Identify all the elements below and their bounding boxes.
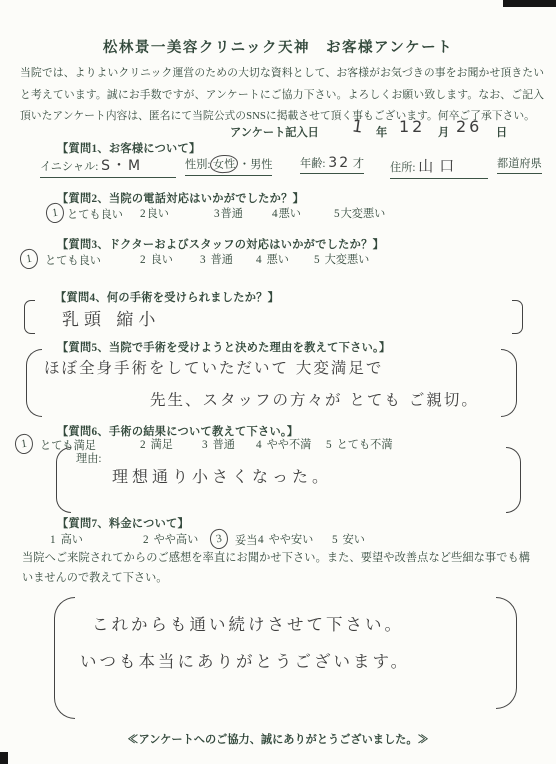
q3-options-row: 1とても良い 2良い 3普通 4悪い 5大変悪い [0,251,556,273]
q3-option-1: 1とても良い [20,251,101,271]
q1-address-label: 住所: [390,162,415,174]
comments-paren-right [496,597,517,709]
q1-gender-label: 性別: [185,159,210,171]
q3-option-5: 5大変悪い [314,251,369,267]
date-day-unit: 日 [496,124,507,140]
q1-address-field: 住所: 山口 [390,155,488,179]
q7-header: 【質問7、料金について】 [57,515,189,531]
date-label: アンケート記入日 [230,124,319,140]
q6-option-4: 4やや不満 [256,436,311,452]
q1-initial-field: イニシャル: S・M [40,155,176,178]
q6-option-3: 3普通 [202,436,235,452]
q2-selected-circle: 1 [45,202,66,224]
q5-header: 【質問5、当院で手術を受けようと決めた理由を教えて下さい。】 [57,339,390,355]
footer-text: ≪アンケートへのご協力、誠にありがとうございました。≫ [0,731,556,747]
comments-paren-left [54,597,75,719]
q1-gender-separator: ・ [239,159,250,171]
questionnaire-sheet: 松林景一美容クリニック天神 お客様アンケート 当院では、よりよいクリニック運営の… [0,0,556,764]
q3-option-4: 4悪い [256,251,289,267]
q1-address-unit: 都道府県 [497,158,542,170]
date-year-unit: 年 [376,124,387,140]
q1-initial-label: イニシャル: [40,161,98,173]
q2-header: 【質問2、当院の電話対応はいかがでしたか？】 [57,190,304,206]
q4-bracket-right [512,300,523,334]
q5-paren-right [501,349,517,417]
q6-option-2: 2満足 [140,436,173,452]
q7-option-2: 2やや高い [143,531,198,547]
scan-artifact-bottom-left [0,752,8,764]
date-year-value: 1 [351,116,365,137]
q6-reason-handwriting: 理想通り小さくなった。 [112,464,332,487]
q6-selected-circle: 1 [14,433,35,455]
q3-selected-circle: 1 [19,248,40,270]
q6-reason-paren-right [506,447,521,513]
comments-prompt: 当院へご来院されてからのご感想を率直にお聞かせ下さい。また、要望や改善点など些細… [22,548,530,588]
q1-age-field: 年齢: 32 才 [300,155,364,174]
q1-age-value: 32 [328,155,350,171]
q2-option-1: 1とても良い [46,205,123,225]
q3-option-3: 3普通 [200,251,233,267]
q4-answer-handwriting: 乳頭 縮小 [62,305,160,330]
q1-address-value: 山口 [418,157,460,175]
q2-options-row: 1とても良い 2良い 3普通 4悪い 5大変悪い [0,205,556,227]
scan-artifact-top-right [503,0,556,7]
q4-bracket-left [24,300,35,334]
q2-option-4: 4悪い [272,205,301,221]
page-title: 松林景一美容クリニック天神 お客様アンケート [0,36,556,57]
q1-gender-male: 男性 [250,159,272,171]
q3-header: 【質問3、ドクターおよびスタッフの対応はいかがでしたか？】 [57,236,384,252]
q7-selected-circle: 3 [209,528,230,550]
q5-answer-line1: ほぼ全身手術をしていただいて 大変満足で [44,356,383,378]
q7-option-1: 1高い [50,531,83,547]
q5-answer-line2: 先生、スタッフの方々が とても ご親切。 [150,388,479,410]
date-day-value: 26 [456,117,482,136]
q1-header: 【質問1、お客様について】 [57,140,201,156]
q1-address-unit-field: 都道府県 [497,155,542,174]
q1-initial-value: S・M [101,158,142,174]
date-month-unit: 月 [438,124,449,140]
date-month-value: 12 [399,117,425,136]
q2-option-3: 3普通 [214,205,243,221]
q4-header: 【質問4、何の手術を受けられましたか？】 [55,289,279,305]
q1-gender-field: 性別:女性・男性 [185,155,272,176]
q1-age-unit: 才 [353,158,364,170]
q1-gender-female-circled: 女性 [210,154,240,174]
q3-option-2: 2良い [140,251,173,267]
comments-answer-line2: いつも本当にありがとうございます。 [80,648,410,672]
q2-option-2: 2良い [140,205,169,221]
q6-option-5: 5とても不満 [326,436,393,452]
q7-option-4: 4やや安い [258,531,313,547]
q2-option-5: 5大変悪い [334,205,385,221]
q5-paren-left [26,349,42,417]
q7-option-5: 5安い [332,531,365,547]
q6-reason-paren-left [56,447,71,513]
q6-reason-label: 理由: [76,450,101,466]
q1-age-label: 年齢: [300,158,325,170]
comments-answer-line1: これからも通い続けさせて下さい。 [92,611,404,635]
